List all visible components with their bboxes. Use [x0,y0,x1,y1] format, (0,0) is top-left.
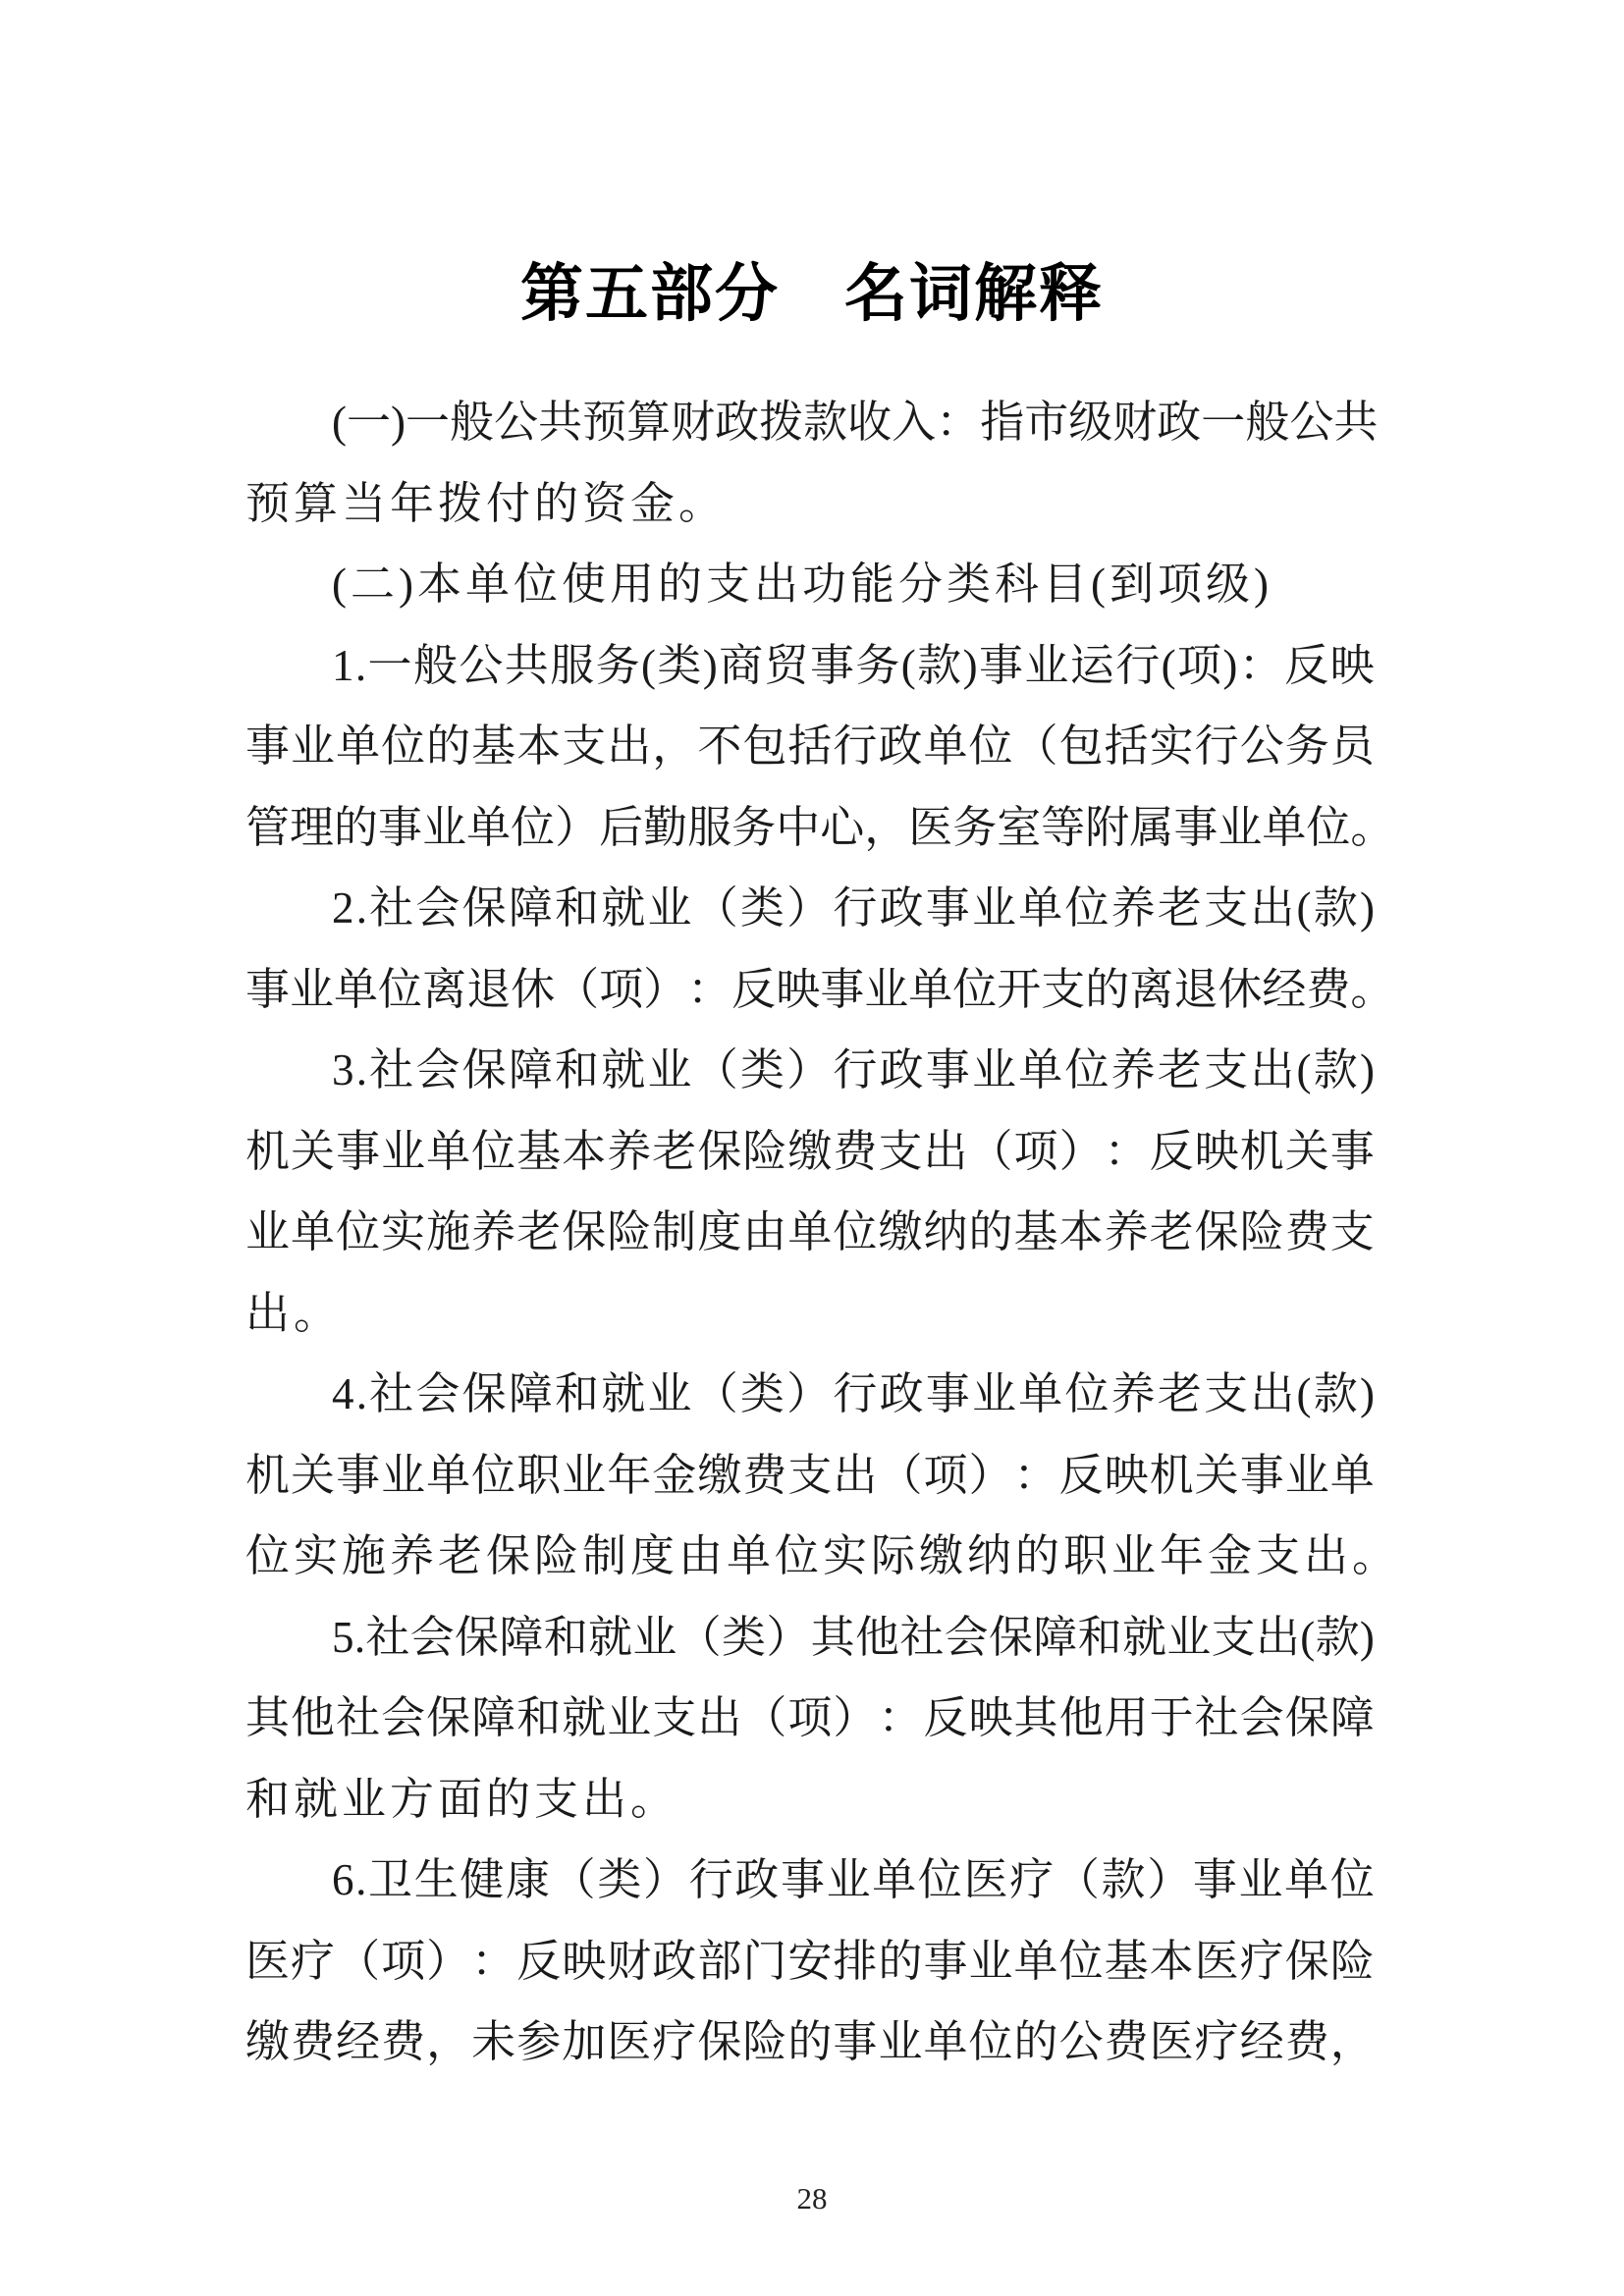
text-line: 其他社会保障和就业支出（项）：反映其他用于社会保障 [245,1689,1375,1771]
text-line: 2.社会保障和就业（类）行政事业单位养老支出(款) [245,880,1375,961]
page-title: 第五部分 名词解释 [0,259,1624,328]
text-line: 事业单位离退休（项）：反映事业单位开支的离退休经费。 [245,961,1375,1042]
text-line: (二)本单位使用的支出功能分类科目(到项级) [245,556,1375,637]
text-line: 机关事业单位职业年金缴费支出（项）：反映机关事业单 [245,1447,1375,1528]
text-line: 机关事业单位基本养老保险缴费支出（项）：反映机关事 [245,1123,1375,1204]
text-line: 1.一般公共服务(类)商贸事务(款)事业运行(项)：反映 [245,637,1375,719]
text-line: 和就业方面的支出。 [245,1771,1375,1852]
text-line: 4.社会保障和就业（类）行政事业单位养老支出(款) [245,1365,1375,1447]
text-line: 5.社会保障和就业（类）其他社会保障和就业支出(款) [245,1609,1375,1690]
text-line: 6.卫生健康（类）行政事业单位医疗（款）事业单位 [245,1851,1375,1933]
text-line: 管理的事业单位）后勤服务中心，医务室等附属事业单位。 [245,799,1375,881]
text-line: 业单位实施养老保险制度由单位缴纳的基本养老保险费支 [245,1203,1375,1285]
text-line: 位实施养老保险制度由单位实际缴纳的职业年金支出。 [245,1527,1375,1609]
text-line: 医疗（项）：反映财政部门安排的事业单位基本医疗保险 [245,1933,1375,2014]
document-page: 第五部分 名词解释 (一)一般公共预算财政拨款收入：指市级财政一般公共预算当年拨… [0,0,1624,2296]
text-line: 预算当年拨付的资金。 [245,475,1375,557]
text-line: 缴费经费，未参加医疗保险的事业单位的公费医疗经费， [245,2013,1375,2095]
text-line: 出。 [245,1285,1375,1366]
page-number: 28 [0,2181,1624,2216]
text-line: (一)一般公共预算财政拨款收入：指市级财政一般公共 [245,394,1375,475]
document-body: (一)一般公共预算财政拨款收入：指市级财政一般公共预算当年拨付的资金。(二)本单… [245,394,1375,2095]
text-line: 3.社会保障和就业（类）行政事业单位养老支出(款) [245,1041,1375,1123]
text-line: 事业单位的基本支出，不包括行政单位（包括实行公务员 [245,718,1375,799]
